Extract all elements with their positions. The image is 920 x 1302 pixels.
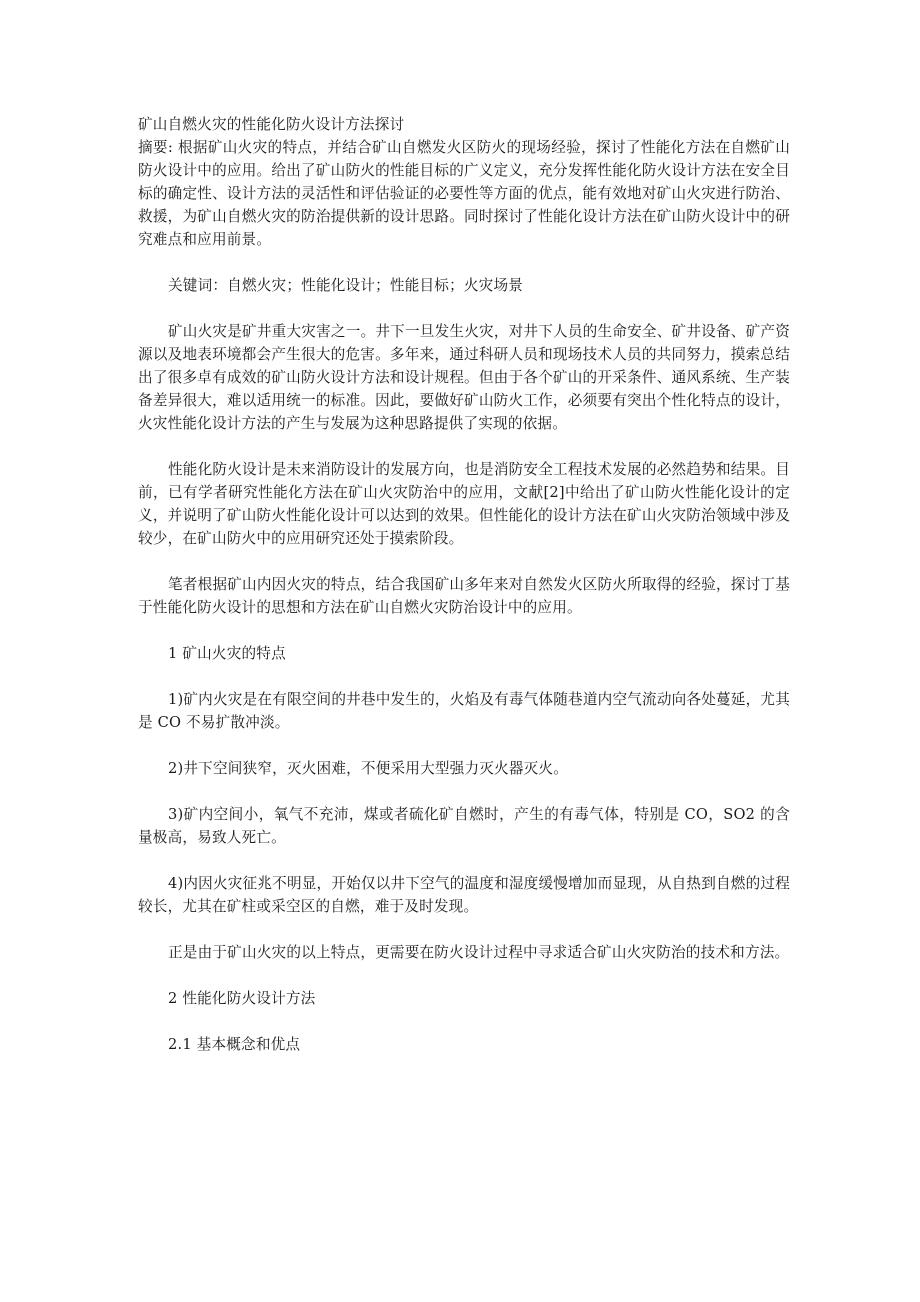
abstract-text: 根据矿山火灾的特点，并结合矿山自燃发火区防火的现场经验，探讨了性能化方法在自燃矿… <box>138 139 790 248</box>
paragraph-purpose: 笔者根据矿山内因火灾的特点，结合我国矿山多年来对自然发火区防火所取得的经验，探讨… <box>138 573 790 619</box>
abstract-label: 摘要: <box>138 139 173 156</box>
paragraph-intro: 矿山火灾是矿井重大灾害之一。井下一旦发生火灾，对井下人员的生命安全、矿井设备、矿… <box>138 320 790 435</box>
section-heading-2: 2 性能化防火设计方法 <box>138 987 790 1010</box>
list-item: 1)矿内火灾是在有限空间的井巷中发生的，火焰及有毒气体随巷道内空气流动向各处蔓延… <box>138 688 790 734</box>
list-item: 4)内因火灾征兆不明显，开始仅以井下空气的温度和湿度缓慢增加而显现，从自热到自燃… <box>138 872 790 918</box>
list-item: 2)井下空间狭窄，灭火困难，不便采用大型强力灭火器灭火。 <box>138 757 790 780</box>
paragraph-background: 性能化防火设计是未来消防设计的发展方向，也是消防安全工程技术发展的必然趋势和结果… <box>138 458 790 550</box>
section-heading-1: 1 矿山火灾的特点 <box>138 642 790 665</box>
list-item: 3)矿内空间小，氧气不充沛，煤或者硫化矿自燃时，产生的有毒气体，特别是 CO，S… <box>138 803 790 849</box>
section1-conclusion: 正是由于矿山火灾的以上特点，更需要在防火设计过程中寻求适合矿山火灾防治的技术和方… <box>138 941 790 964</box>
document-page: 矿山自燃火灾的性能化防火设计方法探讨 摘要: 根据矿山火灾的特点，并结合矿山自燃… <box>138 113 790 1056</box>
abstract: 摘要: 根据矿山火灾的特点，并结合矿山自燃发火区防火的现场经验，探讨了性能化方法… <box>138 136 790 251</box>
keywords: 关键词：自燃火灾；性能化设计；性能目标；火灾场景 <box>138 274 790 297</box>
document-title: 矿山自燃火灾的性能化防火设计方法探讨 <box>138 113 790 136</box>
section-heading-2-1: 2.1 基本概念和优点 <box>138 1033 790 1056</box>
